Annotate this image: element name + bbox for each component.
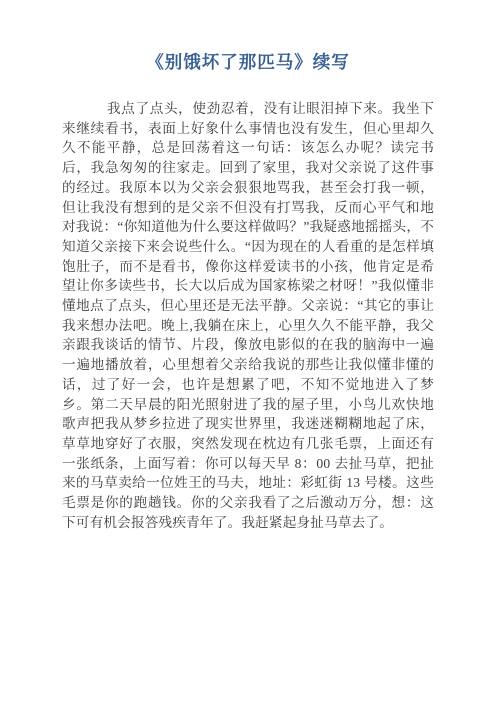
body-paragraph: 我点了点头，使劲忍着，没有让眼泪掉下来。我坐下来继续看书，表面上好象什么事情也没… [62,99,434,532]
document-title: 《别饿坏了那匹马》续写 [0,49,496,75]
document-page: 《别饿坏了那匹马》续写 我点了点头，使劲忍着，没有让眼泪掉下来。我坐下来继续看书… [0,0,496,702]
document-body: 我点了点头，使劲忍着，没有让眼泪掉下来。我坐下来继续看书，表面上好象什么事情也没… [62,99,434,532]
